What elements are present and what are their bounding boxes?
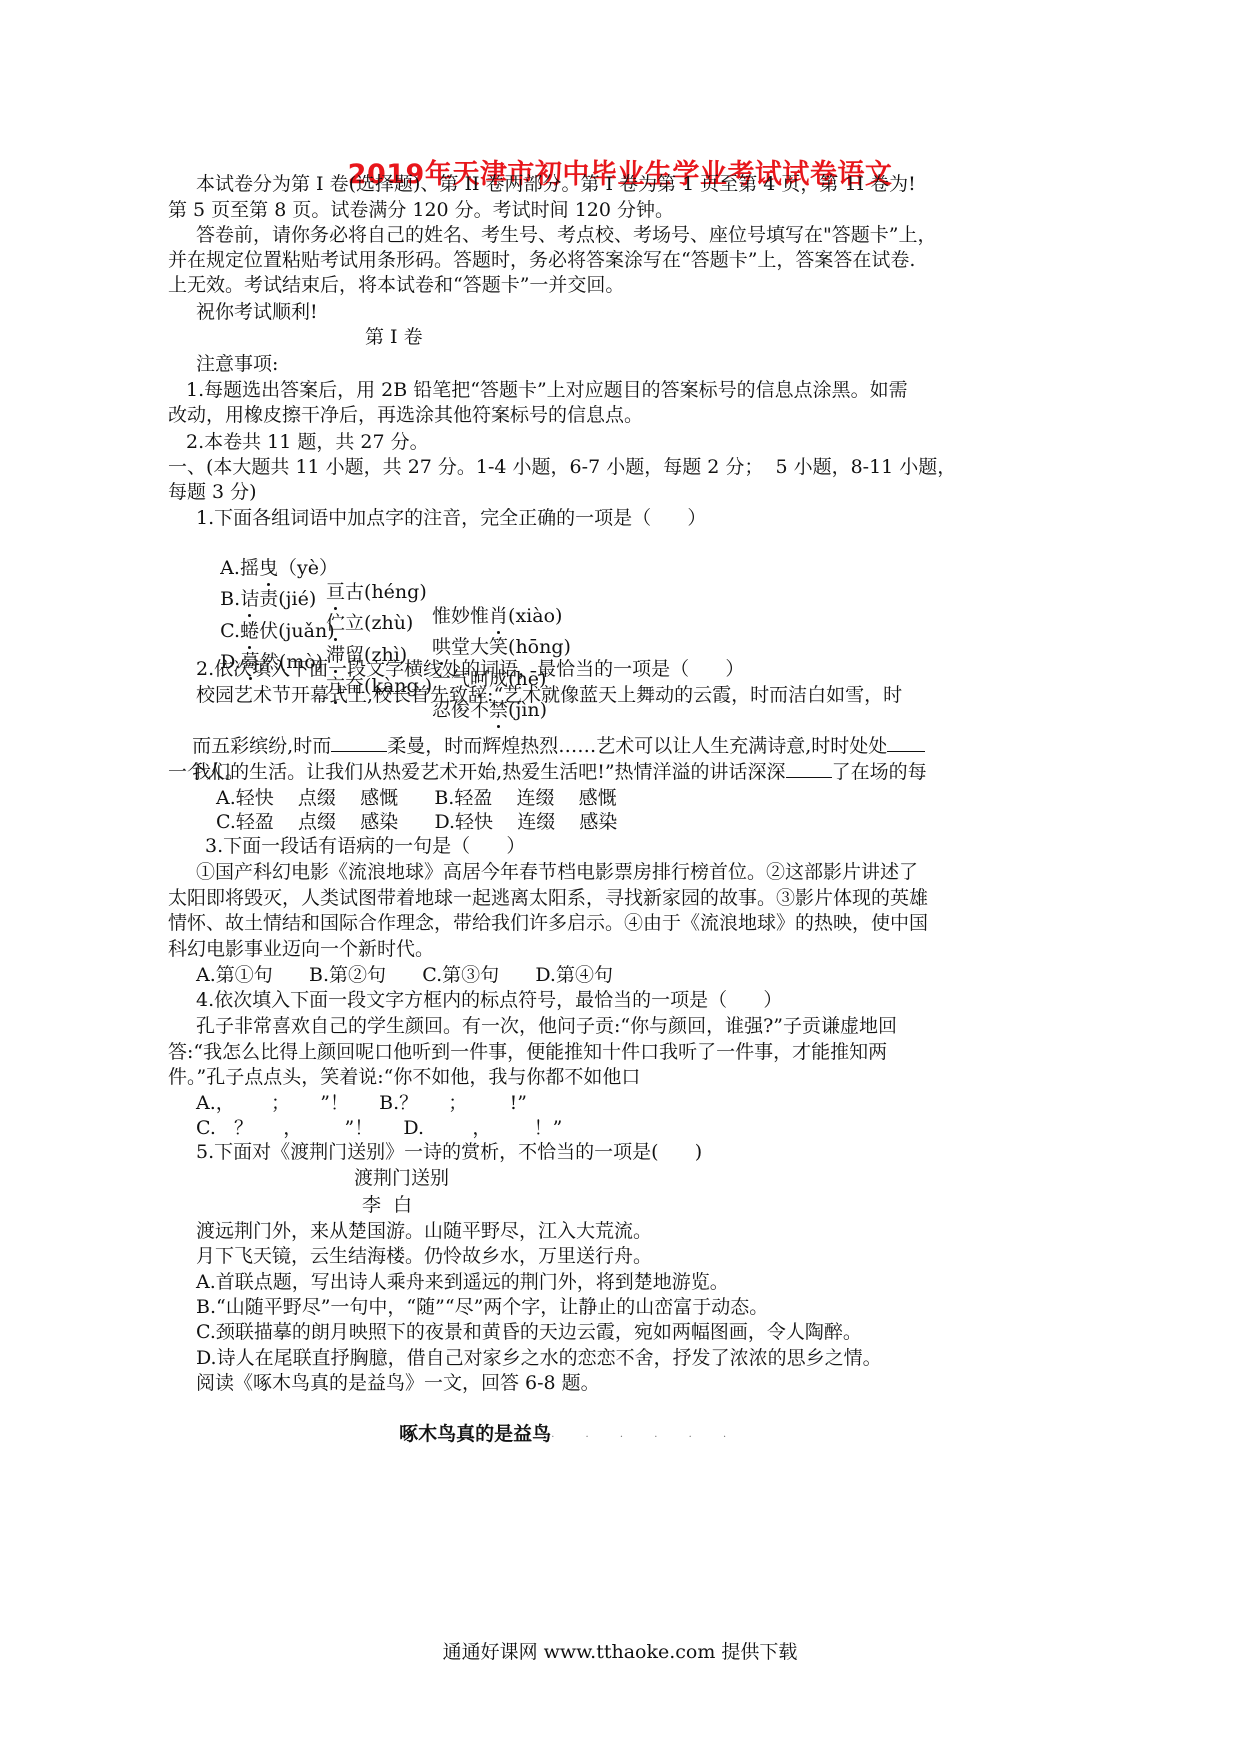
q1-stem: 1.下面各组词语中加点字的注音，完全正确的一项是（ ） bbox=[196, 506, 706, 530]
poem-title: 渡荆门送别 bbox=[354, 1166, 449, 1190]
intro-line-1: 本试卷分为第 I 卷(选择题)、第 II 卷两部分。第 I 卷为第 1 页至第 … bbox=[196, 172, 916, 196]
intro-line-4: 并在规定位置粘贴考试用条形码。答题时，务必将答案涂写在“答题卡”上，答案答在试卷… bbox=[168, 248, 915, 272]
q4-options-line-2: C. ？ ， ”！ D. ， ！” bbox=[196, 1116, 562, 1140]
q3-options: A.第①句 B.第②句 C.第③句 D.第④句 bbox=[196, 963, 613, 987]
reading-title-dots: · · · · · · bbox=[551, 1432, 740, 1443]
passage-text: 了在场的每 bbox=[832, 761, 927, 783]
reading-title: 啄木鸟真的是益鸟· · · · · · bbox=[375, 1398, 740, 1474]
word-part: 立 bbox=[345, 612, 364, 634]
poem-author: 李 白 bbox=[362, 1193, 412, 1217]
pinyin: (hōng) bbox=[508, 636, 571, 658]
word-part: 惟妙惟 bbox=[432, 605, 489, 627]
q4-passage-line-3: 件。”孔子点点头，笑着说:“你不如他，我与你都不如他口 bbox=[168, 1065, 640, 1089]
notes-label: 注意事项: bbox=[196, 352, 278, 376]
q3-passage-line-2: 太阳即将毁灭，人类试图带着地球一起逃离太阳系，寻找新家园的故事。③影片体现的英雄 bbox=[168, 886, 928, 910]
q3-passage-line-4: 科幻电影事业迈向一个新时代。 bbox=[168, 937, 434, 961]
q3-stem: 3.下面一段话有语病的一句是（ ） bbox=[205, 834, 525, 858]
good-luck-line: 祝你考试顺利! bbox=[196, 300, 318, 324]
q4-options-line-1: A.， ； ”！ B.？ ； !” bbox=[196, 1091, 527, 1115]
section-one-line-2: 每题 3 分) bbox=[168, 480, 257, 504]
q3-passage-line-3: 情怀、故土情结和国际合作理念，带给我们许多启示。④由于《流浪地球》的热映，使中国 bbox=[168, 911, 928, 935]
q5-option-a: A.首联点题，写出诗人乘舟来到遥远的荆门外，将到楚地游览。 bbox=[196, 1270, 729, 1294]
q5-option-b: B.“山随平野尽”一句中，“随”“尽”两个字，让静止的山峦富于动态。 bbox=[196, 1295, 768, 1319]
q5-stem: 5.下面对《渡荆门送别》一诗的赏析，不恰当的一项是( ) bbox=[196, 1140, 702, 1164]
note-2: 2.本卷共 11 题，共 27 分。 bbox=[186, 430, 429, 454]
intro-line-5: 上无效。考试结束后，将本试卷和“答题卡”一并交回。 bbox=[168, 273, 624, 297]
dotted-char: 肖 bbox=[489, 604, 508, 628]
q3-passage-line-1: ①国产科幻电影《流浪地球》高居今年春节档电影票房排行榜首位。②这部影片讲述了 bbox=[196, 860, 918, 884]
q2-passage-line-4: 一个人。 bbox=[168, 760, 244, 784]
poem-line-1: 渡远荆门外，来从楚国游。山随平野尽，江入大荒流。 bbox=[196, 1219, 652, 1243]
intro-line-2: 第 5 页至第 8 页。试卷满分 120 分。考试时间 120 分钟。 bbox=[168, 198, 674, 222]
q5-option-c: C.颈联描摹的朗月映照下的夜景和黄昏的天边云霞，宛如两幅图画，令人陶醉。 bbox=[196, 1320, 862, 1344]
reading-title-text: 啄木鸟真的是益鸟 bbox=[399, 1423, 551, 1445]
exam-page: 2019年天津市初中毕业生学业考试试卷语文 本试卷分为第 I 卷(选择题)、第 … bbox=[0, 0, 1240, 1754]
volume-heading: 第 I 卷 bbox=[365, 325, 423, 349]
q4-stem: 4.依次填入下面一段文字方框内的标点符号，最恰当的一项是（ ） bbox=[196, 988, 782, 1012]
footer-download-note: 通通好课网 www.tthaoke.com 提供下载 bbox=[0, 1637, 1240, 1664]
reading-intro: 阅读《啄木鸟真的是益鸟》一文，回答 6-8 题。 bbox=[196, 1371, 600, 1395]
fill-blank bbox=[786, 759, 832, 778]
pinyin: (zhù) bbox=[364, 612, 413, 634]
word-part: 古 bbox=[345, 581, 364, 603]
word-part: 堂大笑 bbox=[451, 636, 508, 658]
pinyin: (xiào) bbox=[508, 605, 562, 627]
q2-options-line-2: C.轻盈 点缀 感染 D.轻快 连缀 感染 bbox=[216, 810, 617, 834]
poem-line-2: 月下飞天镜，云生结海楼。仍怜故乡水，万里送行舟。 bbox=[196, 1244, 652, 1268]
q4-passage-line-1: 孔子非常喜欢自己的学生颜回。有一次，他问子贡:“你与颜回，谁强?”子贡谦虚地回 bbox=[196, 1014, 897, 1038]
pinyin: (héng) bbox=[364, 581, 427, 603]
passage-text: 我们的生活。让我们从热爱艺术开始,热爱生活吧!”热情洋溢的讲话深深 bbox=[192, 761, 785, 783]
q2-stem: 2.依次填入下面一段文字横线处的词语，最恰当的一项是（ ） bbox=[196, 657, 744, 681]
dotted-char: 哄 bbox=[432, 635, 451, 659]
intro-line-3: 答卷前，请你务必将自己的姓名、考生号、考点校、考场号、座位号填写在"答题卡”上， bbox=[196, 223, 936, 247]
q5-option-d: D.诗人在尾联直抒胸臆，借自己对家乡之水的恋恋不舍，抒发了浓浓的思乡之情。 bbox=[196, 1346, 882, 1370]
q2-options-line-1: A.轻快 点缀 感慨 B.轻盈 连缀 感慨 bbox=[216, 786, 617, 810]
section-one-line-1: 一、(本大题共 11 小题，共 27 分。1-4 小题，6-7 小题，每题 2 … bbox=[168, 455, 956, 479]
note-1-line-2: 改动，用橡皮擦干净后，再选涂其他符案标号的信息点。 bbox=[168, 403, 643, 427]
q2-passage-line-1: 校园艺术节开幕式上,校长首先致辞:“艺术就像蓝天上舞动的云霞，时而洁白如雪，时 bbox=[196, 683, 902, 707]
note-1-line-1: 1.每题选出答案后，用 2B 铅笔把“答题卡”上对应题目的答案标号的信息点涂黑。… bbox=[186, 378, 908, 402]
q4-passage-line-2: 答:“我怎么比得上颜回呢口他听到一件事，便能推知十件口我听了一件事，才能推知两 bbox=[168, 1040, 887, 1064]
